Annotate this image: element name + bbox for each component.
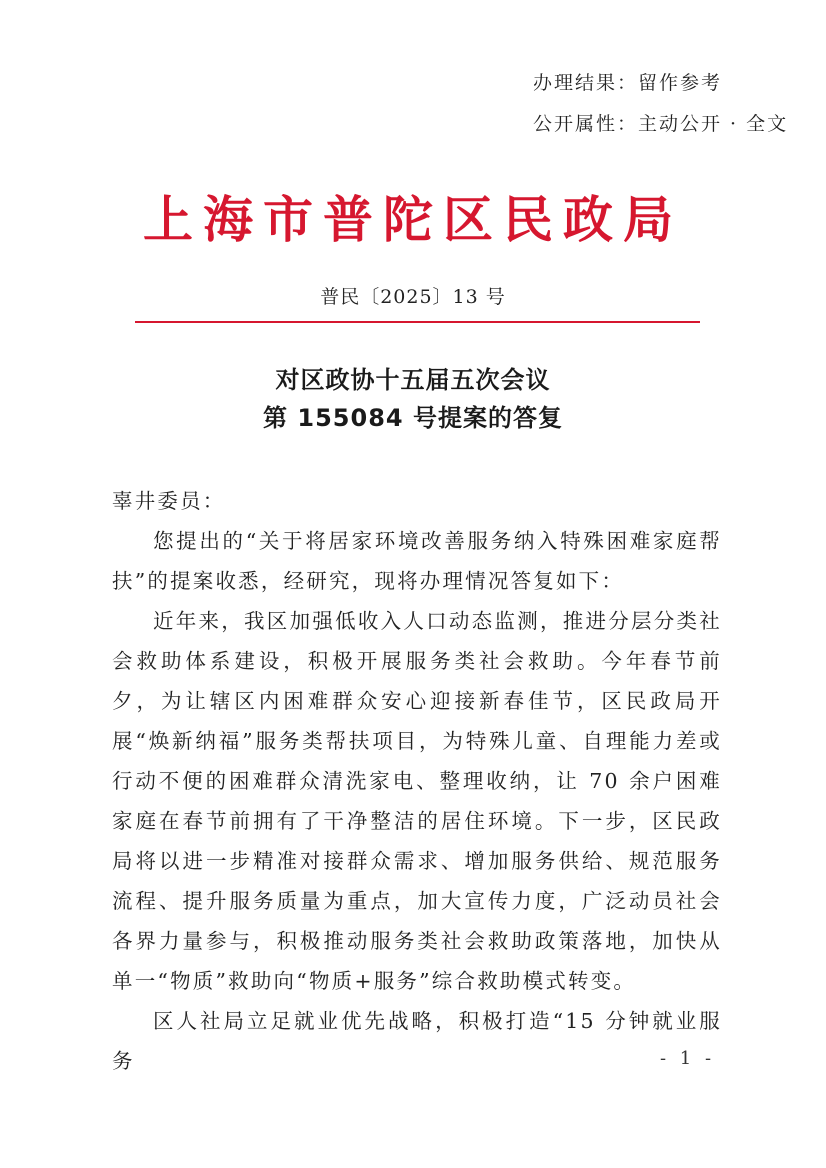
- red-divider-line: [135, 321, 700, 323]
- paragraph: 您提出的“关于将居家环境改善服务纳入特殊困难家庭帮扶”的提案收悉，经研究，现将办…: [112, 521, 722, 601]
- disclosure-attribute: 公开属性：主动公开 · 全文: [533, 109, 788, 136]
- salutation: 辜井委员：: [112, 481, 722, 521]
- paragraph: 近年来，我区加强低收入人口动态监测，推进分层分类社会救助体系建设，积极开展服务类…: [112, 601, 722, 1001]
- subject-line-2: 第 155084 号提案的答复: [0, 398, 826, 433]
- handling-result: 办理结果：留作参考: [533, 68, 722, 95]
- organization-title: 上海市普陀区民政局: [0, 180, 826, 252]
- document-number: 普民〔2025〕13 号: [0, 282, 826, 309]
- document-body: 辜井委员： 您提出的“关于将居家环境改善服务纳入特殊困难家庭帮扶”的提案收悉，经…: [112, 481, 722, 1081]
- subject-line-1: 对区政协十五届五次会议: [0, 360, 826, 395]
- page-number: - 1 -: [660, 1048, 715, 1069]
- paragraph: 区人社局立足就业优先战略，积极打造“15 分钟就业服务: [112, 1001, 722, 1081]
